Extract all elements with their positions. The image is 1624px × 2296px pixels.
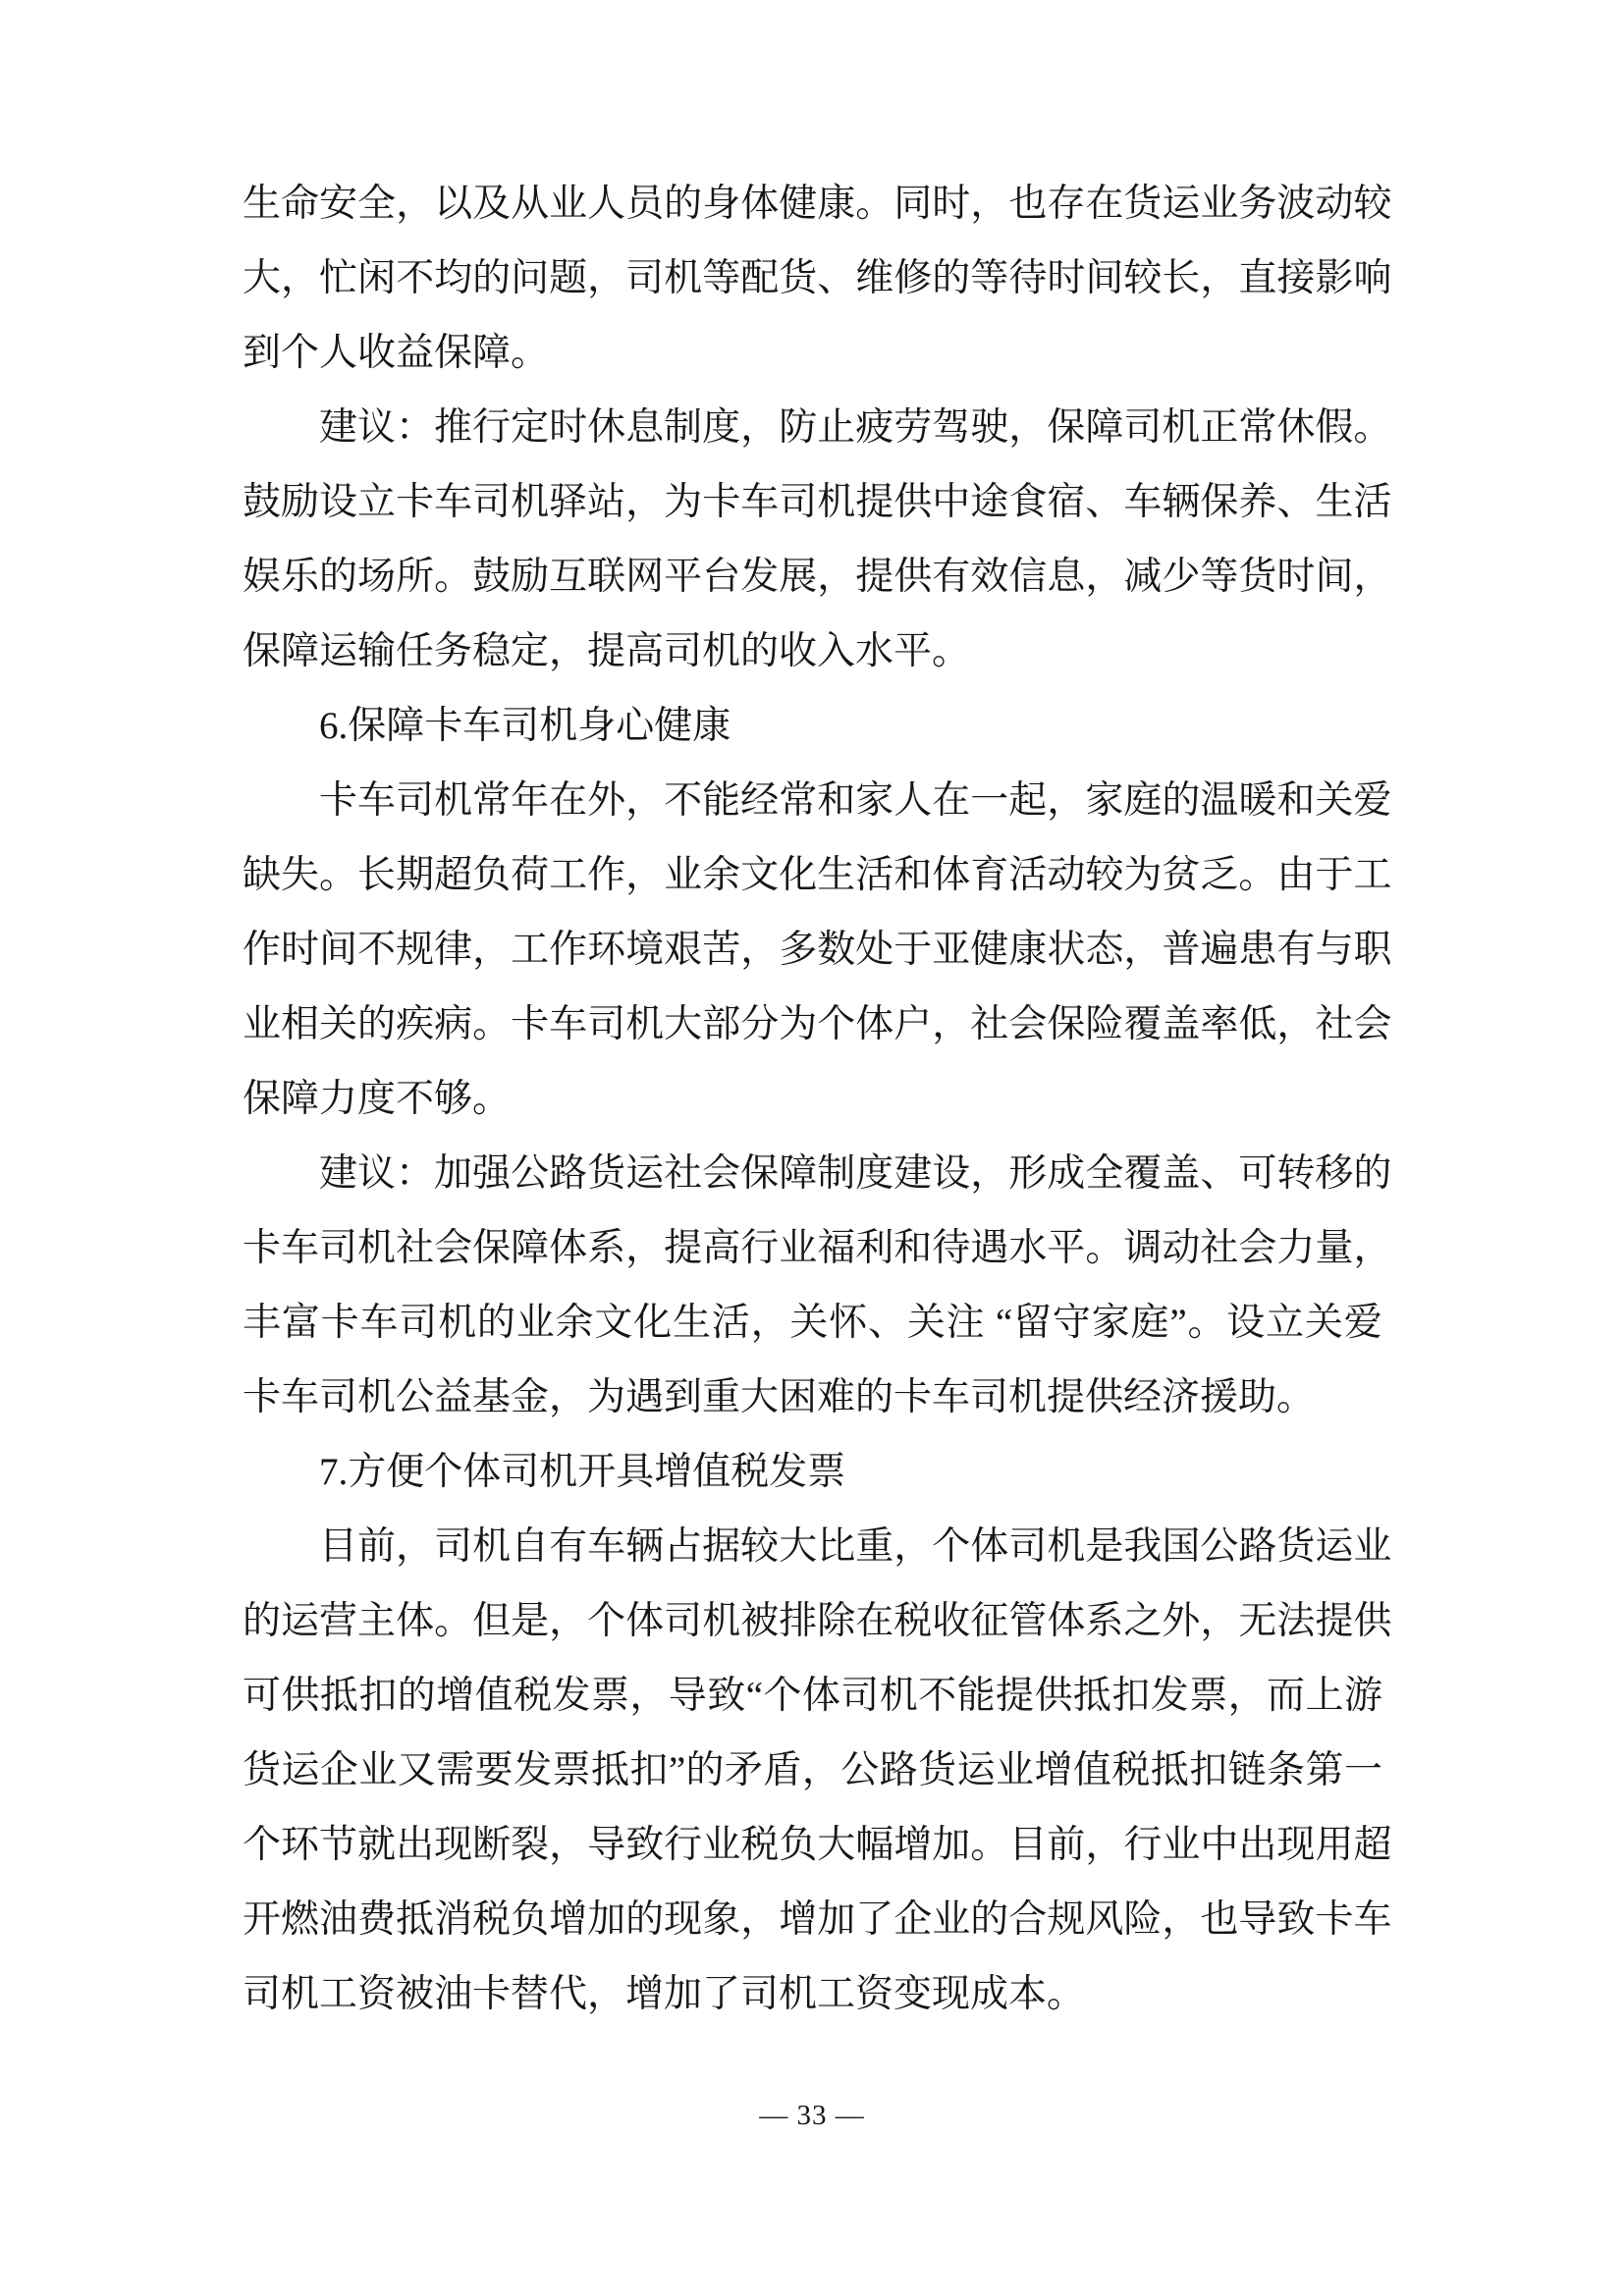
text-line: 开燃油费抵消税负增加的现象，增加了企业的合规风险，也导致卡车: [243, 1883, 1382, 1957]
section-heading: 6.保障卡车司机身心健康: [243, 689, 1382, 764]
section-heading: 7.方便个体司机开具增值税发票: [243, 1435, 1382, 1510]
text-line: 可供抵扣的增值税发票，导致“个体司机不能提供抵扣发票，而上游: [243, 1659, 1382, 1734]
text-line: 司机工资被油卡替代，增加了司机工资变现成本。: [243, 1957, 1382, 2032]
text-line: 保障运输任务稳定，提高司机的收入水平。: [243, 614, 1382, 689]
text-line: 丰富卡车司机的业余文化生活，关怀、关注 “留守家庭”。设立关爱: [243, 1286, 1382, 1361]
text-line: 到个人收益保障。: [243, 316, 1382, 391]
text-line: 卡车司机常年在外，不能经常和家人在一起，家庭的温暖和关爱: [243, 764, 1382, 838]
text-line: 的运营主体。但是，个体司机被排除在税收征管体系之外，无法提供: [243, 1584, 1382, 1659]
text-line: 鼓励设立卡车司机驿站，为卡车司机提供中途食宿、车辆保养、生活: [243, 465, 1382, 540]
text-line: 卡车司机社会保障体系，提高行业福利和待遇水平。调动社会力量，: [243, 1211, 1382, 1286]
text-line: 生命安全，以及从业人员的身体健康。同时，也存在货运业务波动较: [243, 167, 1382, 241]
text-line: 业相关的疾病。卡车司机大部分为个体户，社会保险覆盖率低，社会: [243, 988, 1382, 1062]
document-body: 生命安全，以及从业人员的身体健康。同时，也存在货运业务波动较大，忙闲不均的问题，…: [243, 167, 1382, 2032]
page-number: — 33 —: [759, 2100, 865, 2131]
text-line: 保障力度不够。: [243, 1062, 1382, 1137]
text-line: 大，忙闲不均的问题，司机等配货、维修的等待时间较长，直接影响: [243, 241, 1382, 316]
text-line: 缺失。长期超负荷工作，业余文化生活和体育活动较为贫乏。由于工: [243, 838, 1382, 913]
page-footer: — 33 —: [0, 2091, 1624, 2140]
document-page: 生命安全，以及从业人员的身体健康。同时，也存在货运业务波动较大，忙闲不均的问题，…: [0, 0, 1624, 2296]
text-line: 卡车司机公益基金，为遇到重大困难的卡车司机提供经济援助。: [243, 1361, 1382, 1435]
text-line: 货运企业又需要发票抵扣”的矛盾，公路货运业增值税抵扣链条第一: [243, 1734, 1382, 1808]
text-line: 建议：推行定时休息制度，防止疲劳驾驶，保障司机正常休假。: [243, 391, 1382, 465]
text-line: 个环节就出现断裂，导致行业税负大幅增加。目前，行业中出现用超: [243, 1808, 1382, 1883]
text-line: 娱乐的场所。鼓励互联网平台发展，提供有效信息，减少等货时间，: [243, 540, 1382, 614]
text-line: 目前，司机自有车辆占据较大比重，个体司机是我国公路货运业: [243, 1510, 1382, 1584]
text-line: 作时间不规律，工作环境艰苦，多数处于亚健康状态，普遍患有与职: [243, 913, 1382, 988]
text-line: 建议：加强公路货运社会保障制度建设，形成全覆盖、可转移的: [243, 1137, 1382, 1211]
